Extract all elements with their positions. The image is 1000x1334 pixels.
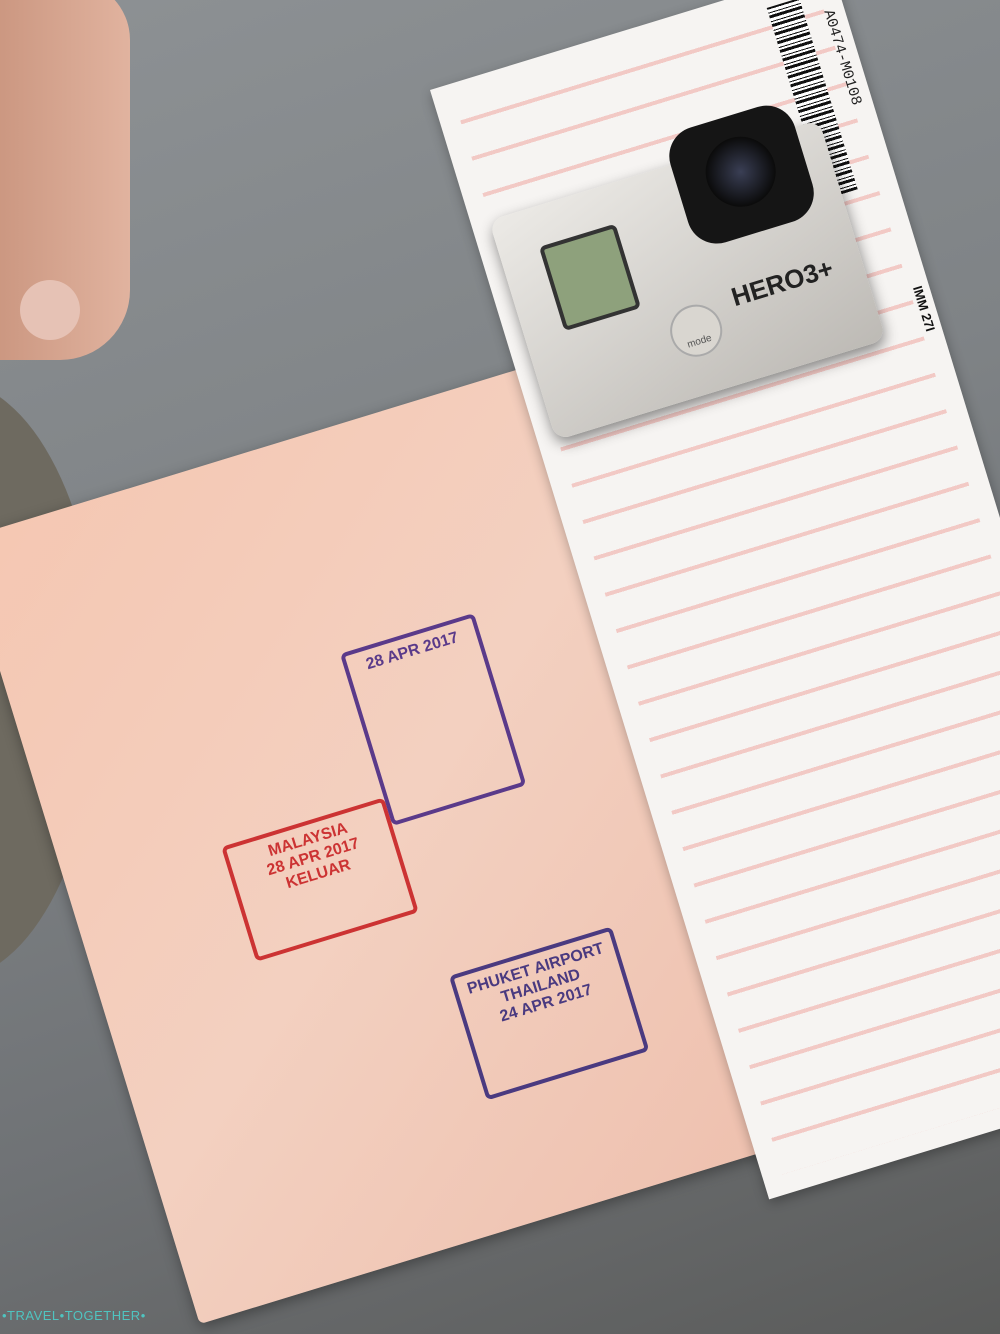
- mode-label: mode: [675, 329, 724, 354]
- mode-button: mode: [664, 298, 729, 363]
- hand: [0, 0, 130, 360]
- lcd-screen: [539, 224, 641, 332]
- camera-model: HERO3+: [728, 253, 837, 313]
- thumbnail: [20, 280, 80, 340]
- stamp-date: 28 APR 2017: [352, 625, 472, 677]
- stamp-malaysia-exit: MALAYSIA 28 APR 2017 KELUAR: [221, 797, 419, 961]
- stamp-malaysia-entry: 28 APR 2017: [340, 613, 527, 826]
- stamp-phuket: PHUKET AIRPORT THAILAND 24 APR 2017: [449, 926, 650, 1100]
- watermark: •TRAVEL•TOGETHER•: [2, 1308, 146, 1323]
